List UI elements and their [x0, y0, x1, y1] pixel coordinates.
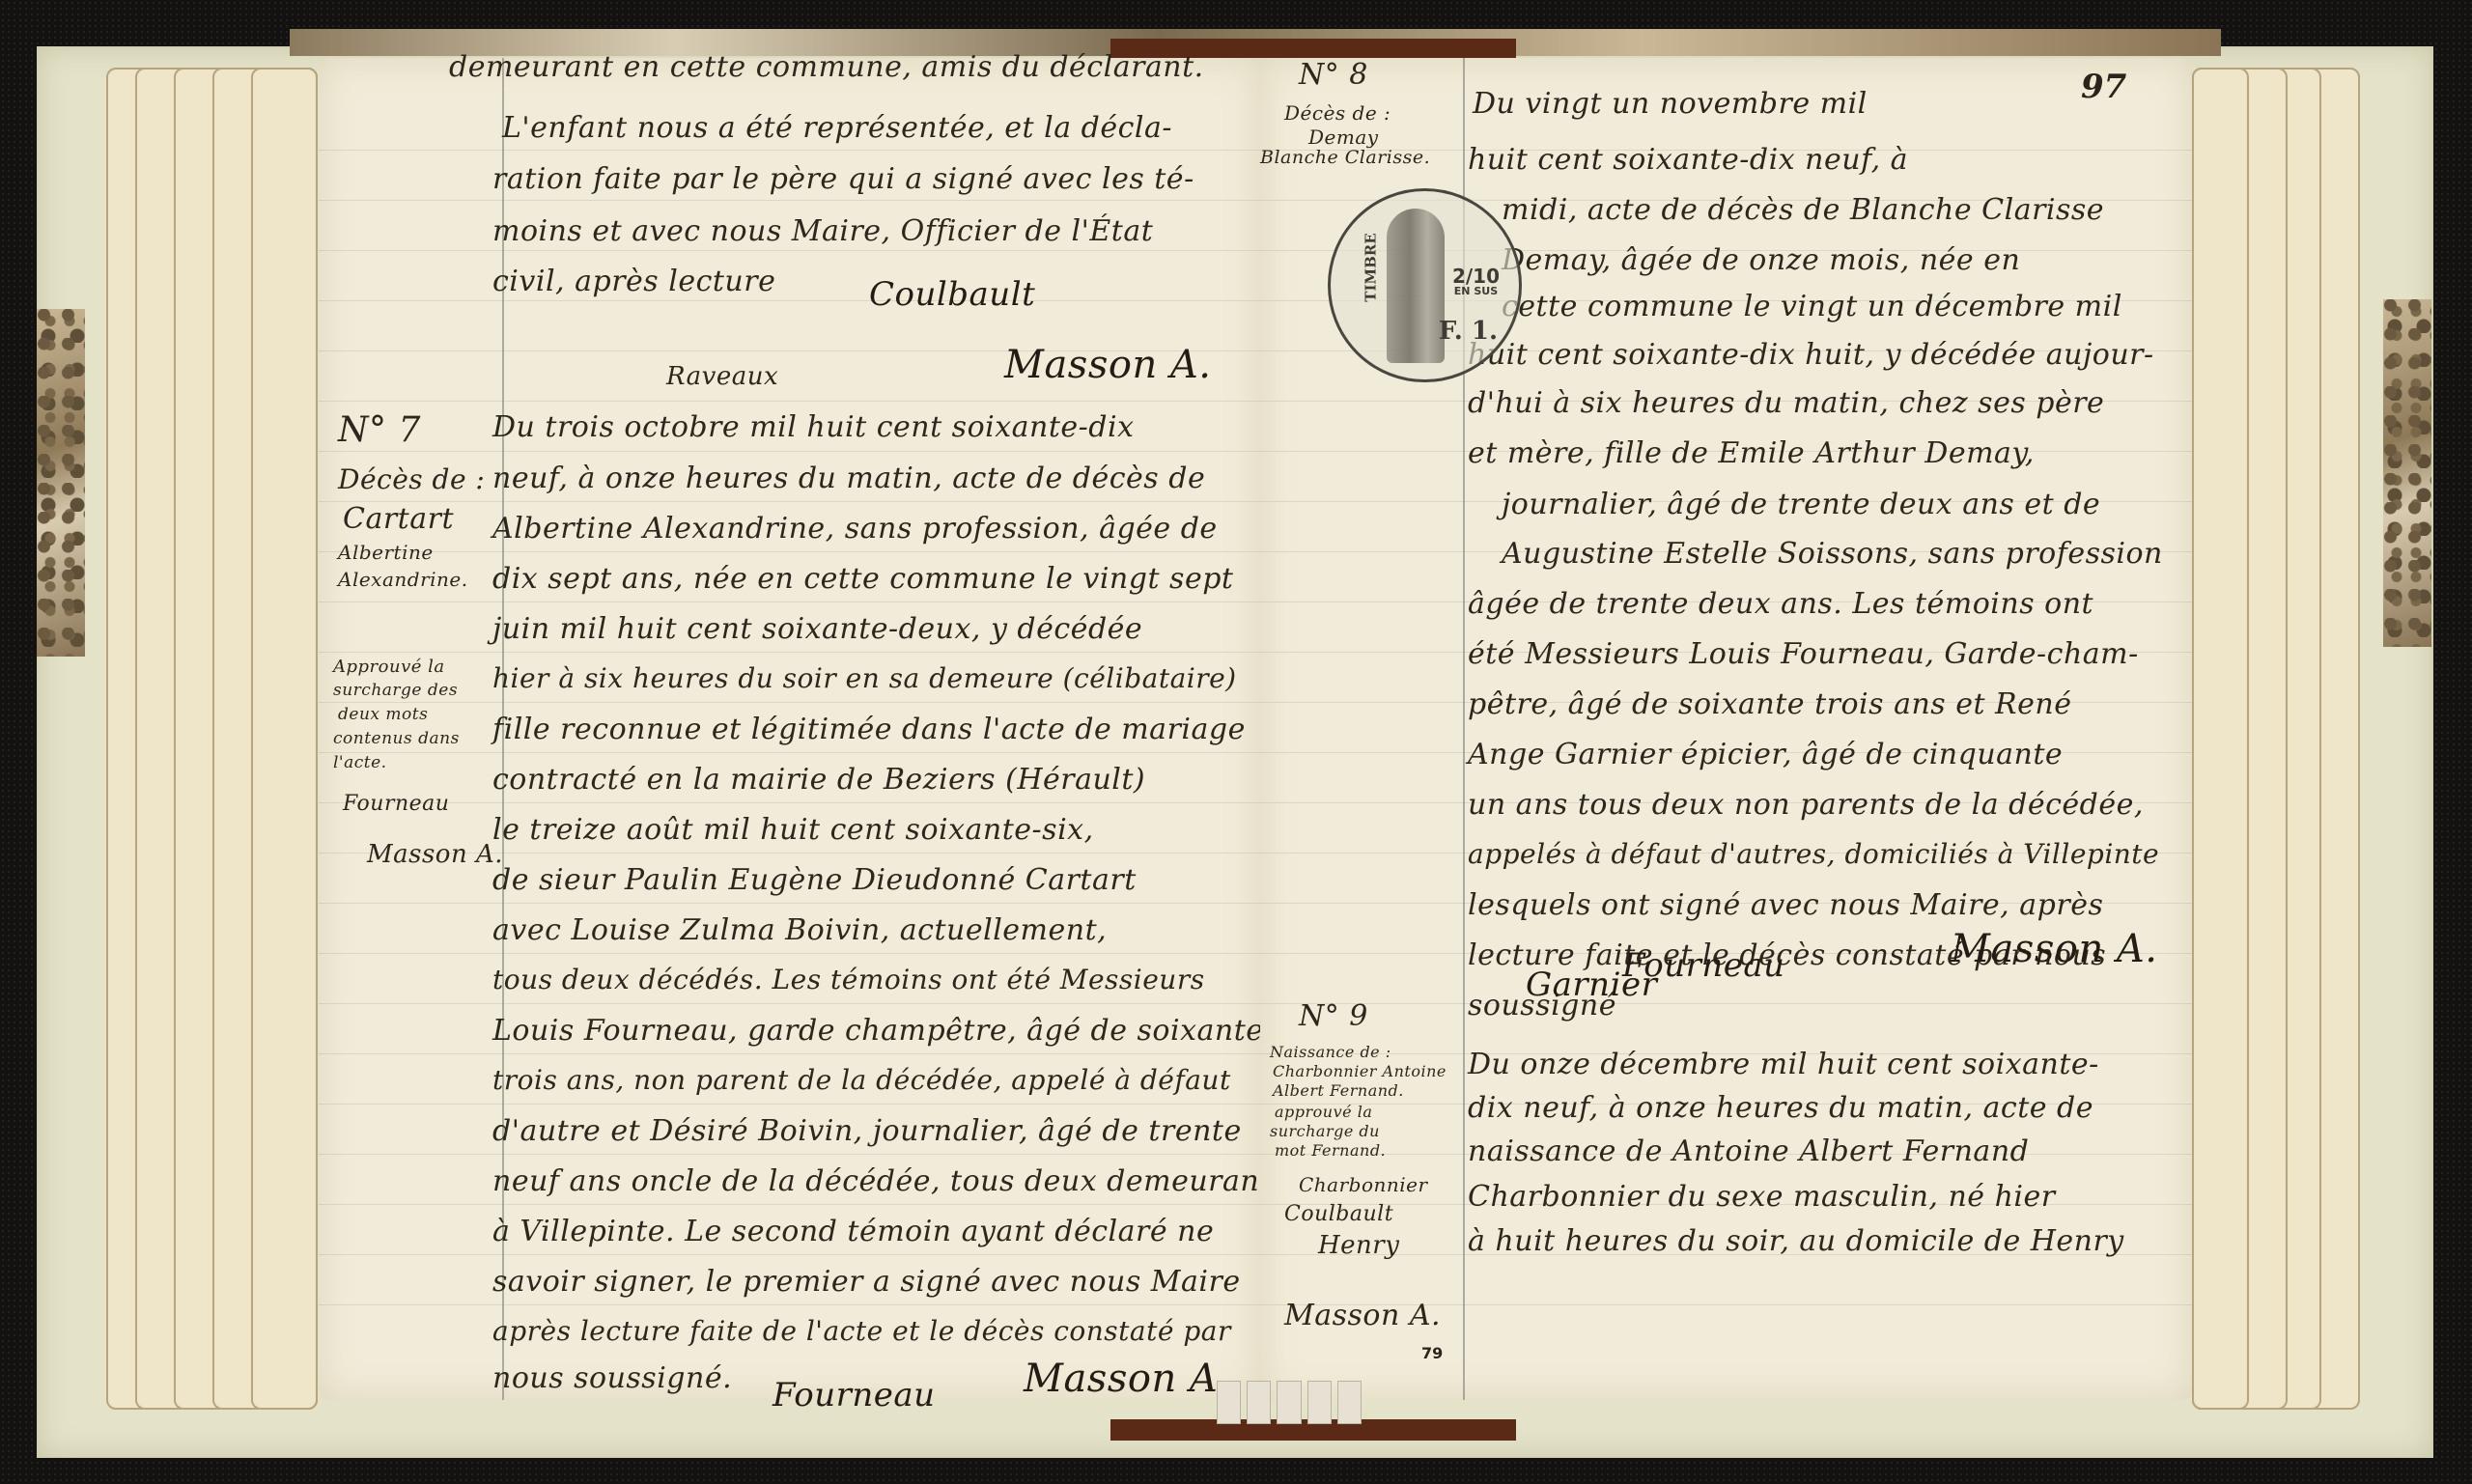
text-line: L'enfant nous a été représentée, et la d… — [502, 111, 1172, 145]
text-line: naissance de Antoine Albert Fernand — [1468, 1134, 2029, 1168]
stamp-unit: F. 1. — [1439, 317, 1498, 346]
text-line: midi, acte de décès de Blanche Clarisse — [1502, 193, 2104, 227]
margin-note-line: deux mots — [338, 705, 428, 724]
text-line: huit cent soixante-dix neuf, à — [1468, 143, 1908, 177]
text-line: et mère, fille de Emile Arthur Demay, — [1468, 436, 2035, 470]
text-line: dix sept ans, née en cette commune le vi… — [492, 562, 1233, 596]
text-line: le treize août mil huit cent soixante-si… — [492, 813, 1094, 847]
text-line: été Messieurs Louis Fourneau, Garde-cham… — [1468, 637, 2139, 671]
text-line: civil, après lecture — [492, 265, 775, 298]
text-line: Ange Garnier épicier, âgé de cinquante — [1468, 738, 2063, 771]
margin-note-line: Albert Fernand. — [1273, 1081, 1404, 1100]
text-line: trois ans, non parent de la décédée, app… — [492, 1064, 1231, 1096]
tax-stamp: TIMBRE 2/10 EN SUS F. 1. — [1328, 188, 1522, 382]
text-line: journalier, âgé de trente deux ans et de — [1502, 488, 2100, 521]
text-line: à Villepinte. Le second témoin ayant déc… — [492, 1215, 1214, 1248]
text-line: neuf ans oncle de la décédée, tous deux … — [492, 1164, 1272, 1198]
text-line: Albertine Alexandrine, sans profession, … — [492, 512, 1218, 546]
text-line: Du vingt un novembre mil — [1473, 87, 1868, 121]
spine-tabs — [1217, 1381, 1362, 1424]
text-line: moins et avec nous Maire, Officier de l'… — [492, 214, 1153, 248]
signature: Masson A. — [367, 840, 503, 869]
signature: Coulbault — [869, 275, 1035, 314]
justice-figure-icon — [1387, 209, 1445, 363]
margin-note-line: Approuvé la — [333, 657, 445, 677]
text-line: Du onze décembre mil huit cent soixante- — [1468, 1048, 2099, 1081]
text-line: âgée de trente deux ans. Les témoins ont — [1468, 587, 2093, 621]
margin-note-line: l'acte. — [333, 753, 387, 772]
text-line: dix neuf, à onze heures du matin, acte d… — [1468, 1091, 2093, 1125]
margin-note-line: contenus dans — [333, 729, 460, 748]
text-line: lesquels ont signé avec nous Maire, aprè… — [1468, 888, 2103, 922]
signature: Fourneau — [772, 1376, 936, 1414]
text-line: savoir signer, le premier a signé avec n… — [492, 1265, 1241, 1299]
text-line: Demay, âgée de onze mois, née en — [1502, 243, 2020, 277]
margin-note-number: N° 8 — [1299, 58, 1368, 92]
folio-number: 79 — [1421, 1344, 1443, 1362]
text-line: Du trois octobre mil huit cent soixante-… — [492, 410, 1135, 444]
marbled-cover-right — [2383, 299, 2431, 647]
margin-note-line: surcharge des — [333, 681, 458, 700]
text-line: tous deux décédés. Les témoins ont été M… — [492, 964, 1205, 995]
signature: Masson A. — [1024, 1357, 1231, 1401]
text-line: huit cent soixante-dix huit, y décédée a… — [1468, 338, 2154, 372]
text-line: Augustine Estelle Soissons, sans profess… — [1502, 537, 2163, 571]
margin-note-number: N° 9 — [1299, 999, 1368, 1033]
margin-note-line: Décès de : — [338, 463, 485, 495]
signature: Masson A. — [1951, 927, 2158, 971]
margin-note-line: surcharge du — [1270, 1122, 1380, 1140]
text-line: d'hui à six heures du matin, chez ses pè… — [1468, 386, 2104, 420]
page-number: 97 — [2081, 68, 2126, 106]
leaf-stack-right — [2192, 68, 2366, 1410]
text-line: d'autre et Désiré Boivin, journalier, âg… — [492, 1114, 1242, 1148]
stamp-value: 2/10 EN SUS — [1452, 266, 1500, 296]
text-line: ration faite par le père qui a signé ave… — [492, 162, 1194, 196]
signature: Fourneau — [343, 792, 449, 816]
margin-note-line: Alexandrine. — [338, 568, 468, 591]
text-line: Louis Fourneau, garde champêtre, âgé de … — [492, 1014, 1264, 1048]
leaf-stack-left — [106, 68, 319, 1410]
text-line: hier à six heures du soir en sa demeure … — [492, 662, 1237, 694]
signature: Masson A. — [1004, 343, 1212, 387]
stamp-label: TIMBRE — [1362, 233, 1380, 301]
margin-note-line: Albertine — [338, 541, 434, 564]
margin-note-line: Demay — [1308, 126, 1379, 149]
text-line: Charbonnier du sexe masculin, né hier — [1468, 1180, 2056, 1214]
margin-note-number: N° 7 — [338, 410, 421, 450]
text-line: neuf, à onze heures du matin, acte de dé… — [492, 462, 1205, 495]
text-line: cette commune le vingt un décembre mil — [1502, 290, 2122, 323]
text-line: fille reconnue et légitimée dans l'acte … — [492, 713, 1246, 746]
margin-note-line: Décès de : — [1284, 101, 1390, 125]
signature: Masson A. — [1284, 1299, 1441, 1332]
signature: Fourneau — [1622, 946, 1785, 985]
margin-note-line: Charbonnier Antoine — [1273, 1062, 1447, 1080]
signature: Henry — [1318, 1231, 1399, 1260]
margin-note-line: mot Fernand. — [1275, 1141, 1386, 1160]
text-line: pêtre, âgé de soixante trois ans et René — [1468, 687, 2071, 721]
margin-note-line: approuvé la — [1275, 1103, 1372, 1121]
text-line: contracté en la mairie de Beziers (Hérau… — [492, 763, 1145, 797]
text-line: nous soussigné. — [492, 1361, 732, 1395]
signature: Charbonnier — [1299, 1173, 1428, 1196]
margin-note-line: Cartart — [343, 502, 454, 536]
text-line: un ans tous deux non parents de la décéd… — [1468, 788, 2144, 822]
signature: Coulbault — [1284, 1202, 1393, 1226]
text-line: juin mil huit cent soixante-deux, y décé… — [492, 612, 1142, 646]
margin-note-line: Naissance de : — [1270, 1043, 1391, 1061]
text-line: appelés à défaut d'autres, domiciliés à … — [1468, 838, 2159, 870]
text-line: à huit heures du soir, au domicile de He… — [1468, 1224, 2124, 1258]
text-line: avec Louise Zulma Boivin, actuellement, — [492, 913, 1107, 947]
text-line: de sieur Paulin Eugène Dieudonné Cartart — [492, 863, 1137, 897]
margin-note-line: Blanche Clarisse. — [1260, 147, 1430, 168]
text-line: après lecture faite de l'acte et le décè… — [492, 1315, 1231, 1347]
text-line: demeurant en cette commune, amis du décl… — [449, 50, 1204, 84]
marbled-cover-left — [37, 309, 85, 657]
act-name-header: Raveaux — [666, 362, 778, 391]
